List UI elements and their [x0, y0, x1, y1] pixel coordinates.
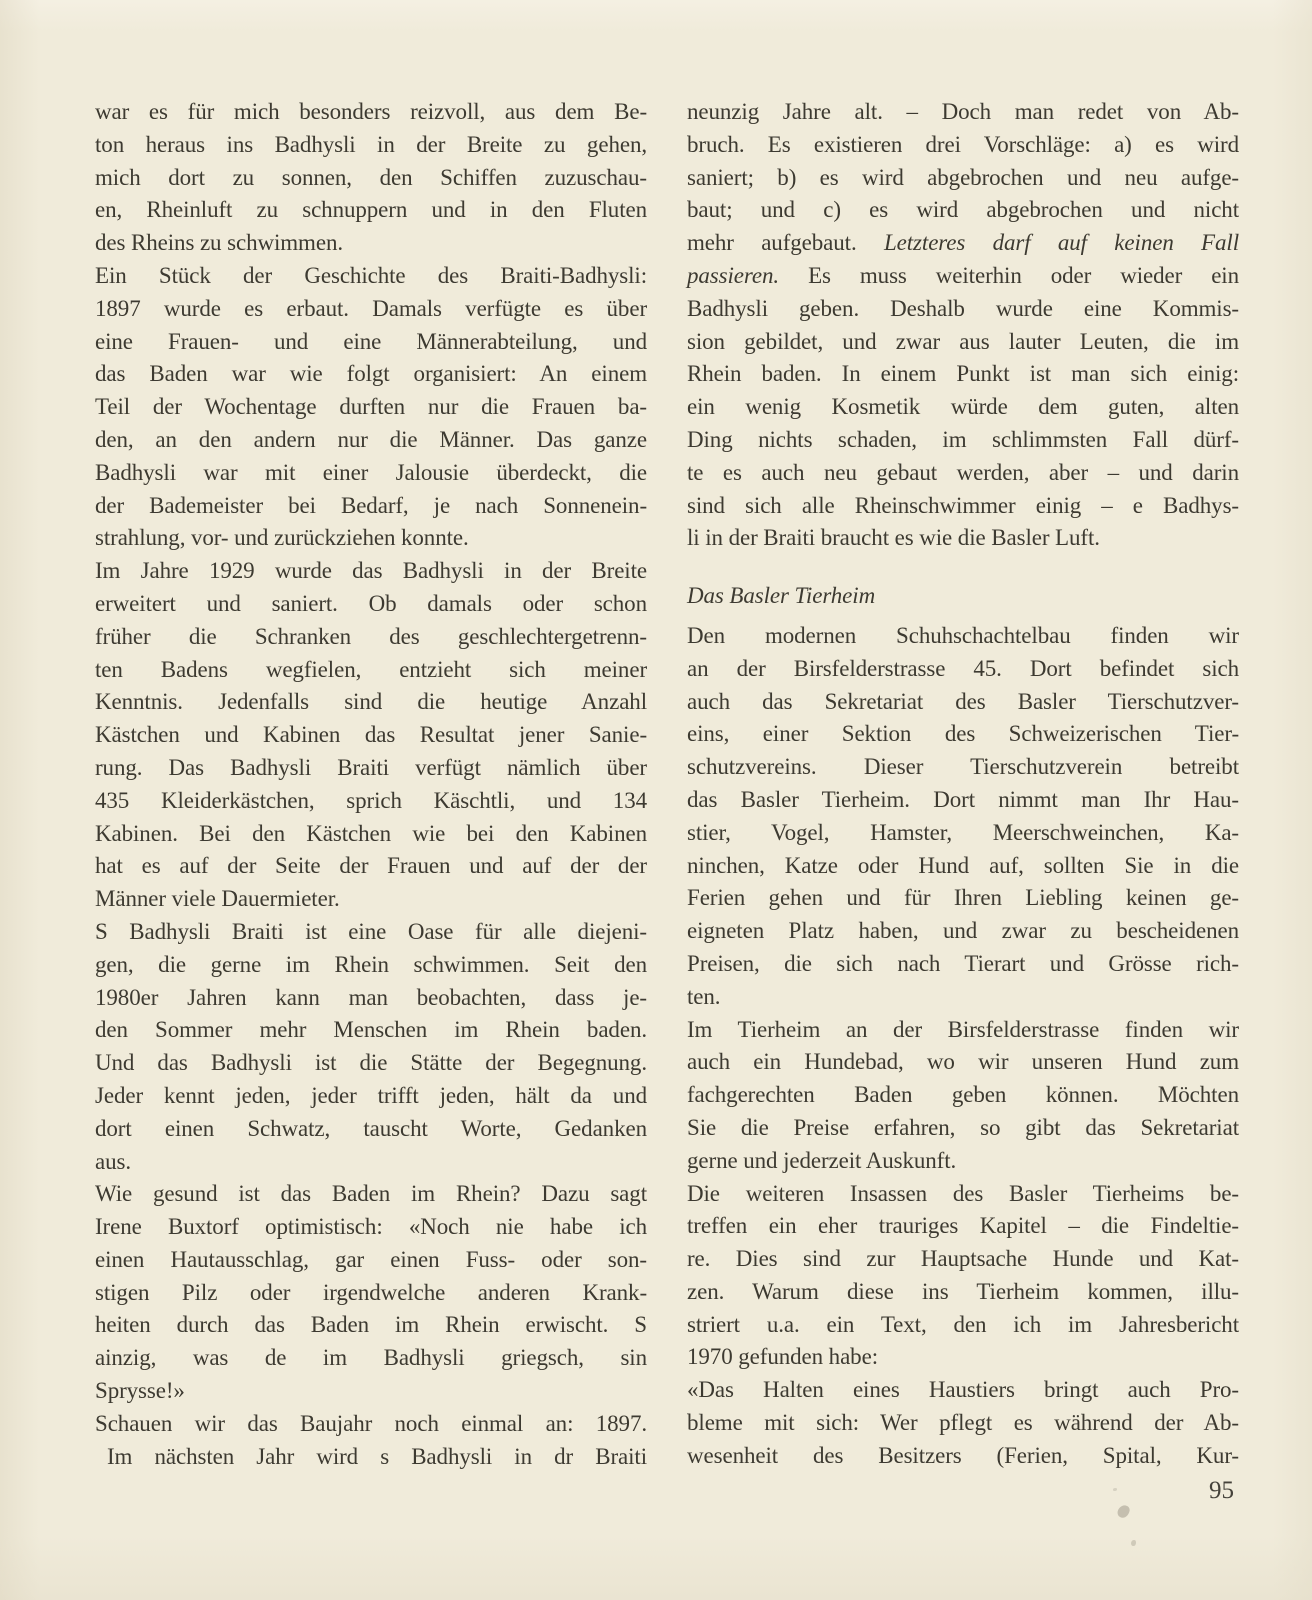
text-line: war es für mich besonders reizvoll, aus …: [95, 96, 647, 129]
text-line: ninchen, Katze oder Hund auf, sollten Si…: [687, 850, 1239, 883]
text-line: Kenntnis. Jedenfalls sind die heutige An…: [95, 686, 647, 719]
text-line: bruch. Es existieren drei Vorschläge: a)…: [687, 129, 1239, 162]
text-line: auch das Sekretariat des Basler Tierschu…: [687, 686, 1239, 719]
text-line: aus.: [95, 1146, 647, 1179]
text-line: eins, einer Sektion des Schweizerischen …: [687, 718, 1239, 751]
text-line: Den modernen Schuhschachtelbau finden wi…: [687, 620, 1239, 653]
text-line: früher die Schranken des geschlechterget…: [95, 621, 647, 654]
text-line: sind sich alle Rheinschwimmer einig – e …: [687, 490, 1239, 523]
text-line: ainzig, was de im Badhysli griegsch, sin: [95, 1342, 647, 1375]
text-line: 1897 wurde es erbaut. Damals verfügte es…: [95, 293, 647, 326]
text-line: stier, Vogel, Hamster, Meerschweinchen, …: [687, 817, 1239, 850]
text-line: neunzig Jahre alt. – Doch man redet von …: [687, 96, 1239, 129]
text-line: rung. Das Badhysli Braiti verfügt nämlic…: [95, 752, 647, 785]
scanned-book-page: war es für mich besonders reizvoll, aus …: [0, 0, 1312, 1600]
text-line: Männer viele Dauermieter.: [95, 883, 647, 916]
text-line: heiten durch das Baden im Rhein erwischt…: [95, 1309, 647, 1342]
text-line: Kabinen. Bei den Kästchen wie bei den Ka…: [95, 818, 647, 851]
scan-stain: [1113, 1488, 1117, 1491]
italic-text-segment: passieren.: [687, 263, 779, 288]
text-line: «Das Halten eines Haustiers bringt auch …: [687, 1374, 1239, 1407]
text-columns: war es für mich besonders reizvoll, aus …: [95, 96, 1239, 1473]
text-line: Wie gesund ist das Baden im Rhein? Dazu …: [95, 1178, 647, 1211]
text-line: saniert; b) es wird abgebrochen und neu …: [687, 162, 1239, 195]
text-line: eine Frauen- und eine Männerabteilung, u…: [95, 326, 647, 359]
text-line: den, an den andern nur die Männer. Das g…: [95, 424, 647, 457]
text-line: sion gebildet, und zwar aus lauter Leute…: [687, 326, 1239, 359]
left-column: war es für mich besonders reizvoll, aus …: [95, 96, 647, 1473]
text-line: Im Tierheim an der Birsfelderstrasse fin…: [687, 1014, 1239, 1047]
text-line: stigen Pilz oder irgendwelche anderen Kr…: [95, 1277, 647, 1310]
text-line: Preisen, die sich nach Tierart und Gröss…: [687, 948, 1239, 981]
text-line: ton heraus ins Badhysli in der Breite zu…: [95, 129, 647, 162]
text-line: passieren. Es muss weiterhin oder wieder…: [687, 260, 1239, 293]
text-line: Sprysse!»: [95, 1375, 647, 1408]
text-line: Badhysli war mit einer Jalousie überdeck…: [95, 457, 647, 490]
text-line: Im Jahre 1929 wurde das Badhysli in der …: [95, 555, 647, 588]
text-line: das Basler Tierheim. Dort nimmt man Ihr …: [687, 784, 1239, 817]
text-line: baut; und c) es wird abgebrochen und nic…: [687, 194, 1239, 227]
scan-stain: [1131, 1540, 1136, 1546]
text-line: Sie die Preise erfahren, so gibt das Sek…: [687, 1112, 1239, 1145]
text-line: Die weiteren Insassen des Basler Tierhei…: [687, 1178, 1239, 1211]
text-line: bleme mit sich: Wer pflegt es während de…: [687, 1407, 1239, 1440]
text-line: strahlung, vor- und zurückziehen konnte.: [95, 522, 647, 555]
text-line: 1970 gefunden habe:: [687, 1341, 1239, 1374]
text-line: gerne und jederzeit Auskunft.: [687, 1145, 1239, 1178]
text-line: re. Dies sind zur Hauptsache Hunde und K…: [687, 1243, 1239, 1276]
text-line: Im nächsten Jahr wird s Badhysli in dr B…: [95, 1441, 647, 1474]
page-number: 95: [1209, 1477, 1234, 1505]
text-line: des Rheins zu schwimmen.: [95, 227, 647, 260]
text-line: Ferien gehen und für Ihren Liebling kein…: [687, 882, 1239, 915]
text-line: te es auch neu gebaut werden, aber – und…: [687, 457, 1239, 490]
text-line: Badhysli geben. Deshalb wurde eine Kommi…: [687, 293, 1239, 326]
section-heading: Das Basler Tierheim: [687, 580, 1239, 613]
text-line: Jeder kennt jeden, jeder trifft jeden, h…: [95, 1080, 647, 1113]
text-line: S Badhysli Braiti ist eine Oase für alle…: [95, 916, 647, 949]
text-line: schutzvereins. Dieser Tierschutzverein b…: [687, 751, 1239, 784]
text-line: der Bademeister bei Bedarf, je nach Sonn…: [95, 490, 647, 523]
text-line: 1980er Jahren kann man beobachten, dass …: [95, 982, 647, 1015]
text-line: Teil der Wochentage durften nur die Frau…: [95, 391, 647, 424]
right-column: neunzig Jahre alt. – Doch man redet von …: [687, 96, 1239, 1473]
text-segment: Es muss weiterhin oder wieder ein: [779, 263, 1239, 288]
text-line: an der Birsfelderstrasse 45. Dort befind…: [687, 653, 1239, 686]
text-line: Irene Buxtorf optimistisch: «Noch nie ha…: [95, 1211, 647, 1244]
text-line: striert u.a. ein Text, den ich im Jahres…: [687, 1309, 1239, 1342]
text-line: mich dort zu sonnen, den Schiffen zuzusc…: [95, 162, 647, 195]
text-line: zen. Warum diese ins Tierheim kommen, il…: [687, 1276, 1239, 1309]
text-line: gen, die gerne im Rhein schwimmen. Seit …: [95, 949, 647, 982]
text-line: Kästchen und Kabinen das Resultat jener …: [95, 719, 647, 752]
text-line: wesenheit des Besitzers (Ferien, Spital,…: [687, 1440, 1239, 1473]
text-line: fachgerechten Baden geben können. Möchte…: [687, 1079, 1239, 1112]
text-line: treffen ein eher trauriges Kapitel – die…: [687, 1210, 1239, 1243]
text-line: hat es auf der Seite der Frauen und auf …: [95, 850, 647, 883]
text-line: ten Badens wegfielen, entzieht sich mein…: [95, 654, 647, 687]
text-line: 435 Kleiderkästchen, sprich Käschtli, un…: [95, 785, 647, 818]
text-line: erweitert und saniert. Ob damals oder sc…: [95, 588, 647, 621]
text-line: ten.: [687, 981, 1239, 1014]
text-line: Und das Badhysli ist die Stätte der Bege…: [95, 1047, 647, 1080]
text-line: einen Hautausschlag, gar einen Fuss- ode…: [95, 1244, 647, 1277]
text-segment: mehr aufgebaut.: [687, 230, 884, 255]
text-line: Schauen wir das Baujahr noch einmal an: …: [95, 1408, 647, 1441]
text-line: dort einen Schwatz, tauscht Worte, Gedan…: [95, 1113, 647, 1146]
text-line: auch ein Hundebad, wo wir unseren Hund z…: [687, 1046, 1239, 1079]
text-line: ein wenig Kosmetik würde dem guten, alte…: [687, 391, 1239, 424]
text-line: mehr aufgebaut. Letzteres darf auf keine…: [687, 227, 1239, 260]
text-line: Rhein baden. In einem Punkt ist man sich…: [687, 358, 1239, 391]
text-line: eigneten Platz haben, und zwar zu besche…: [687, 915, 1239, 948]
text-line: Ding nichts schaden, im schlimmsten Fall…: [687, 424, 1239, 457]
text-line: li in der Braiti braucht es wie die Basl…: [687, 522, 1239, 555]
text-line: den Sommer mehr Menschen im Rhein baden.: [95, 1014, 647, 1047]
text-line: Ein Stück der Geschichte des Braiti-Badh…: [95, 260, 647, 293]
italic-text-segment: Letzteres darf auf keinen Fall: [884, 230, 1239, 255]
text-line: das Baden war wie folgt organisiert: An …: [95, 358, 647, 391]
scan-stain: [1116, 1503, 1131, 1519]
text-line: en, Rheinluft zu schnuppern und in den F…: [95, 194, 647, 227]
